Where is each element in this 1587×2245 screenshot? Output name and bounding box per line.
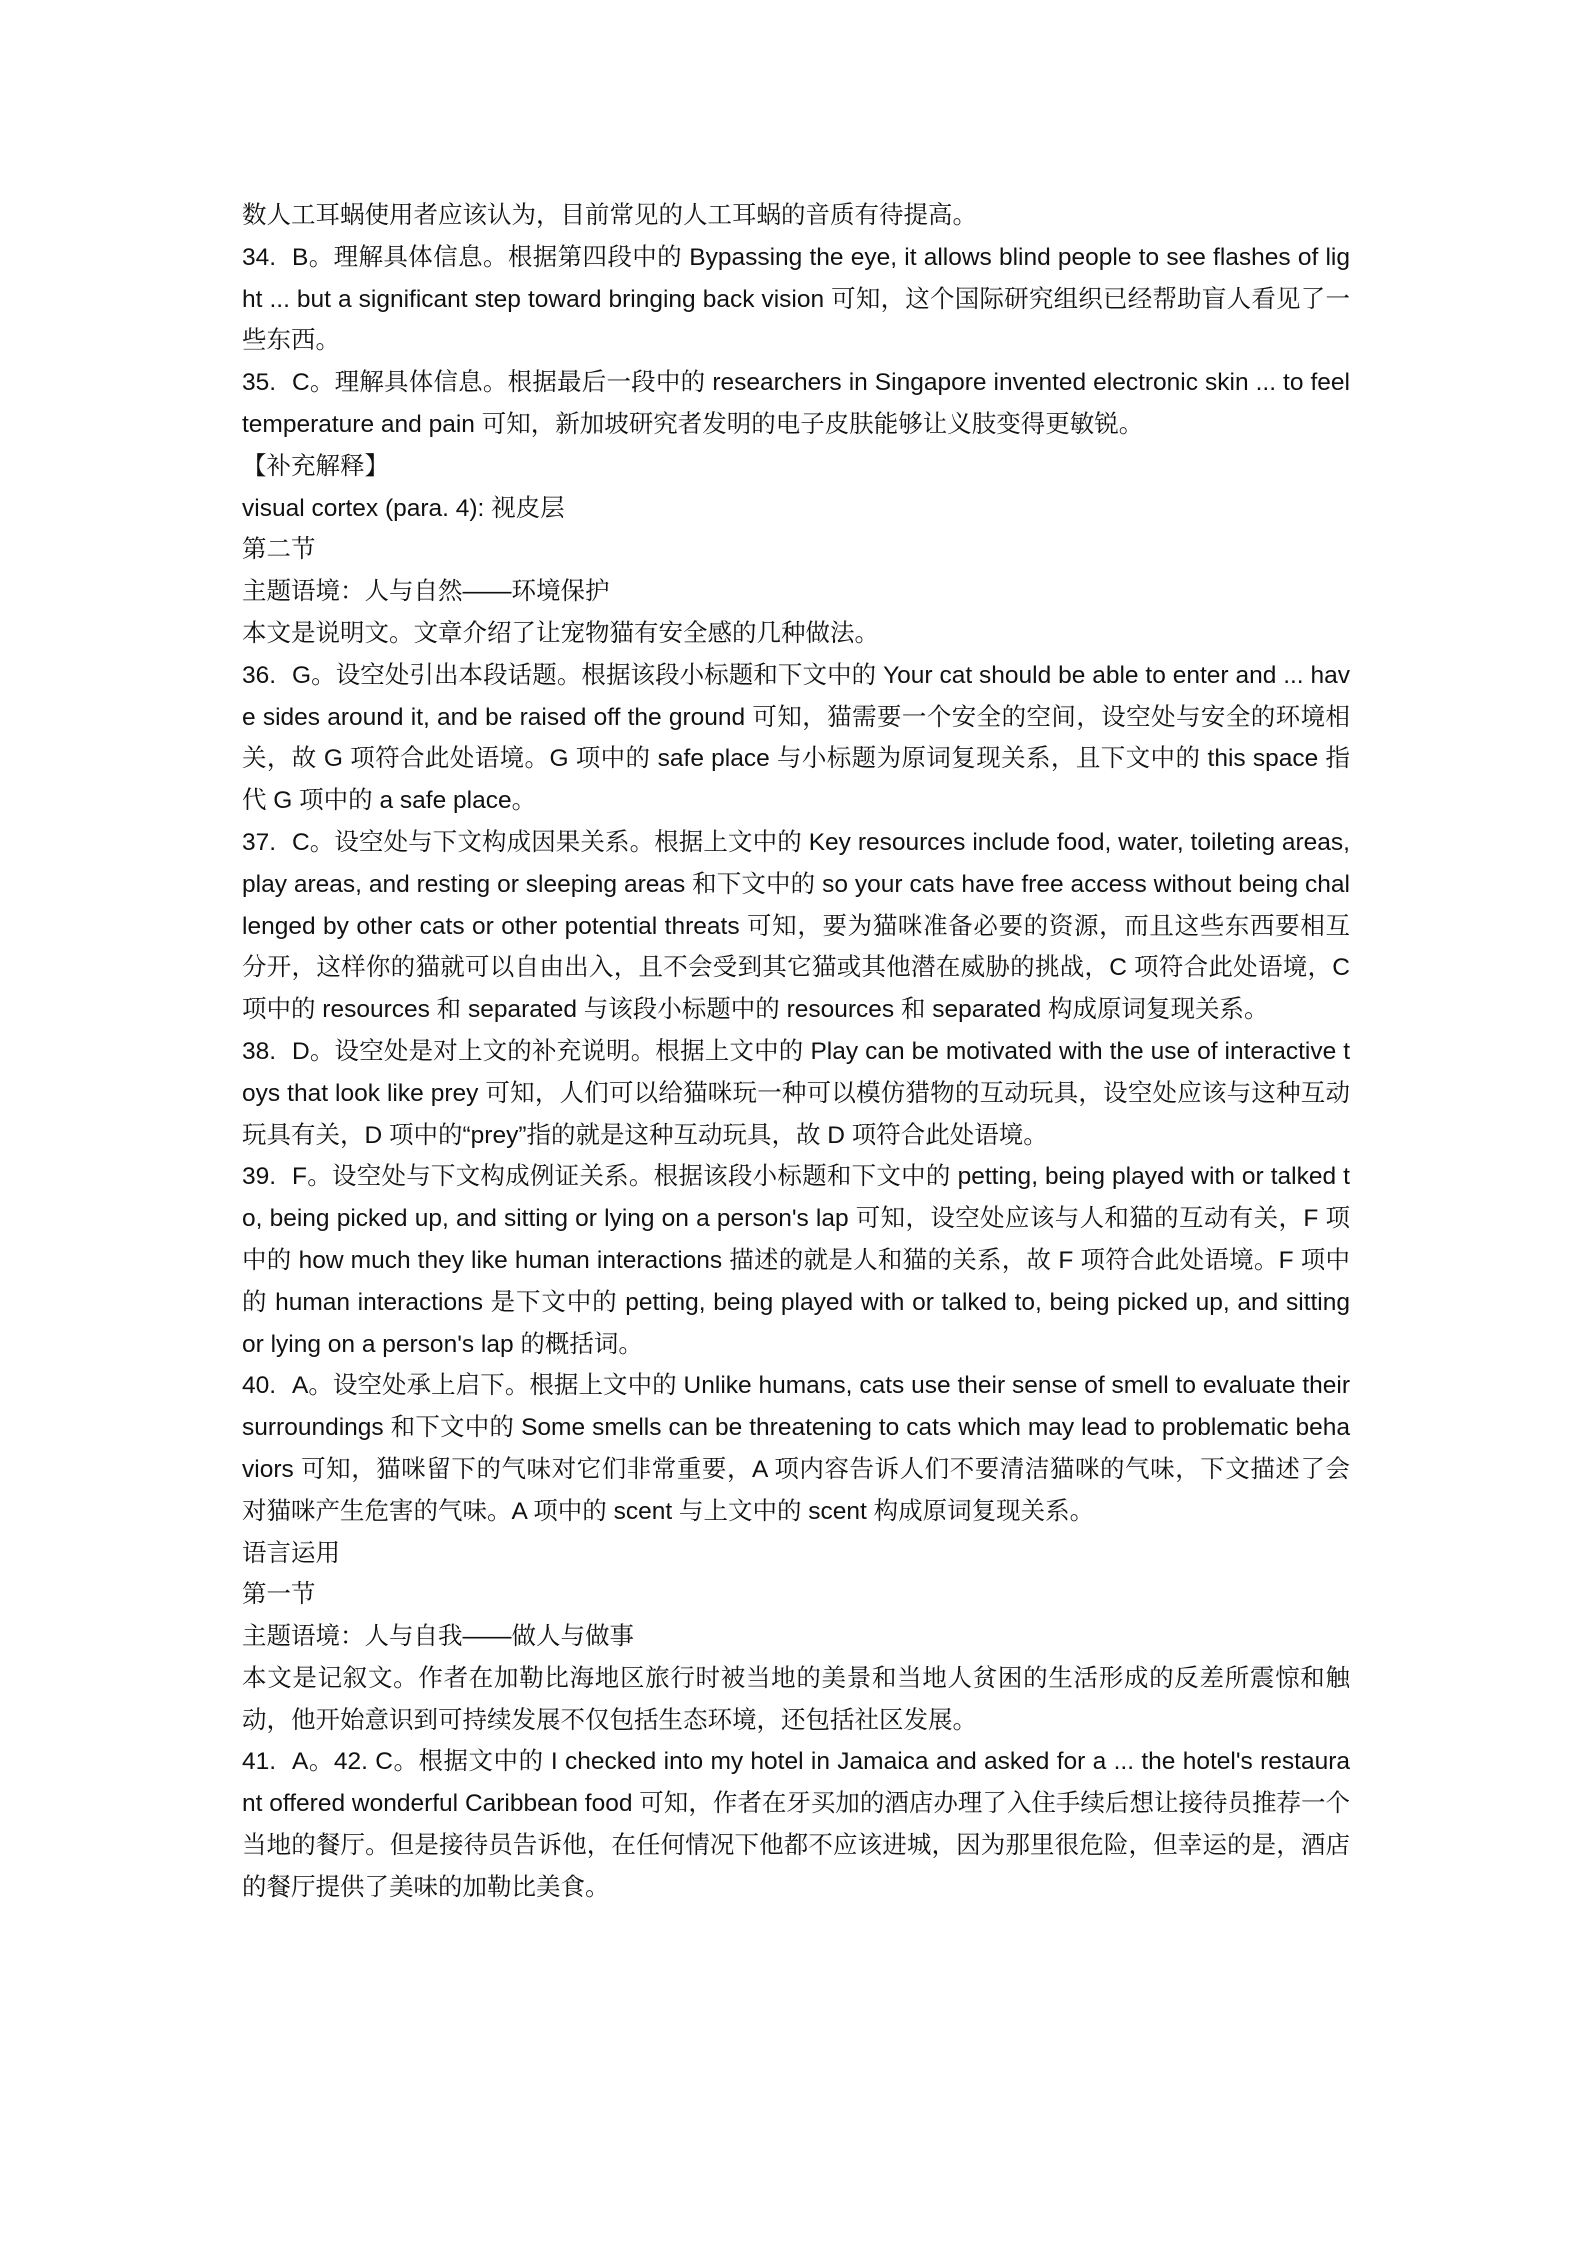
answer-34: 34.B。理解具体信息。根据第四段中的 Bypassing the eye, i… [242, 237, 1350, 362]
question-number: 40. [242, 1365, 292, 1407]
answer-37: 37.C。设空处与下文构成因果关系。根据上文中的 Key resources i… [242, 822, 1350, 1031]
theme-context: 主题语境：人与自我——做人与做事 [242, 1616, 1350, 1658]
question-number: 41. [242, 1741, 292, 1783]
answer-text: A。设空处承上启下。根据上文中的 Unlike humans, cats use… [242, 1372, 1350, 1524]
section-heading: 第一节 [242, 1574, 1350, 1616]
part-heading: 语言运用 [242, 1533, 1350, 1575]
paragraph-text: 数人工耳蜗使用者应该认为，目前常见的人工耳蜗的音质有待提高。 [242, 202, 977, 229]
answer-36: 36.G。设空处引出本段话题。根据该段小标题和下文中的 Your cat sho… [242, 655, 1350, 822]
answer-text: B。理解具体信息。根据第四段中的 Bypassing the eye, it a… [242, 244, 1350, 355]
answer-39: 39.F。设空处与下文构成例证关系。根据该段小标题和下文中的 petting, … [242, 1156, 1350, 1365]
paragraph-continuation: 数人工耳蜗使用者应该认为，目前常见的人工耳蜗的音质有待提高。 [242, 195, 1350, 237]
answer-text: F。设空处与下文构成例证关系。根据该段小标题和下文中的 petting, bei… [242, 1163, 1350, 1357]
theme-context: 主题语境：人与自然——环境保护 [242, 571, 1350, 613]
question-number: 37. [242, 822, 292, 864]
answer-text: D。设空处是对上文的补充说明。根据上文中的 Play can be motiva… [242, 1038, 1350, 1149]
passage-summary: 本文是说明文。文章介绍了让宠物猫有安全感的几种做法。 [242, 613, 1350, 655]
document-page: 数人工耳蜗使用者应该认为，目前常见的人工耳蜗的音质有待提高。 34.B。理解具体… [242, 195, 1350, 1909]
passage-summary: 本文是记叙文。作者在加勒比海地区旅行时被当地的美景和当地人贫困的生活形成的反差所… [242, 1658, 1350, 1742]
section-heading: 第二节 [242, 529, 1350, 571]
answer-text: A。42. C。根据文中的 I checked into my hotel in… [242, 1748, 1350, 1900]
vocab-note: visual cortex (para. 4): 视皮层 [242, 488, 1350, 530]
question-number: 38. [242, 1031, 292, 1073]
question-number: 35. [242, 362, 292, 404]
answer-text: C。理解具体信息。根据最后一段中的 researchers in Singapo… [242, 369, 1350, 438]
answer-35: 35.C。理解具体信息。根据最后一段中的 researchers in Sing… [242, 362, 1350, 446]
answer-38: 38.D。设空处是对上文的补充说明。根据上文中的 Play can be mot… [242, 1031, 1350, 1156]
question-number: 39. [242, 1156, 292, 1198]
supplementary-heading: 【补充解释】 [242, 446, 1350, 488]
question-number: 34. [242, 237, 292, 279]
question-number: 36. [242, 655, 292, 697]
answer-text: C。设空处与下文构成因果关系。根据上文中的 Key resources incl… [242, 829, 1350, 1023]
answer-40: 40.A。设空处承上启下。根据上文中的 Unlike humans, cats … [242, 1365, 1350, 1532]
paragraph-text: 本文是记叙文。作者在加勒比海地区旅行时被当地的美景和当地人贫困的生活形成的反差所… [242, 1665, 1350, 1734]
answer-41-42: 41.A。42. C。根据文中的 I checked into my hotel… [242, 1741, 1350, 1908]
answer-text: G。设空处引出本段话题。根据该段小标题和下文中的 Your cat should… [242, 662, 1350, 814]
